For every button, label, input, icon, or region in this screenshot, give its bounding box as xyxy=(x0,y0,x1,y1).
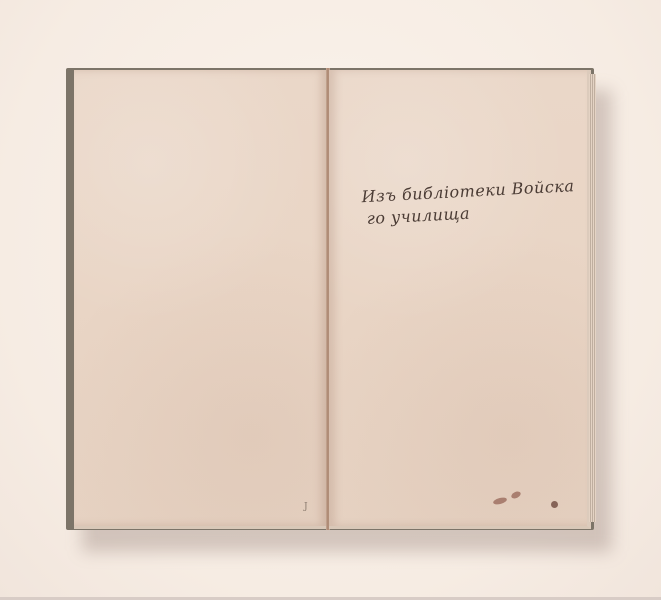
brown-stain-1 xyxy=(492,496,507,505)
brown-stain-2 xyxy=(510,490,522,500)
ink-dot xyxy=(551,501,558,508)
page-edges xyxy=(589,74,596,522)
open-book: J Изъ библіотеки Войска го училища xyxy=(66,68,596,530)
left-page-corner-mark: J xyxy=(304,502,308,512)
left-page: J xyxy=(74,70,327,529)
right-page xyxy=(329,70,591,529)
